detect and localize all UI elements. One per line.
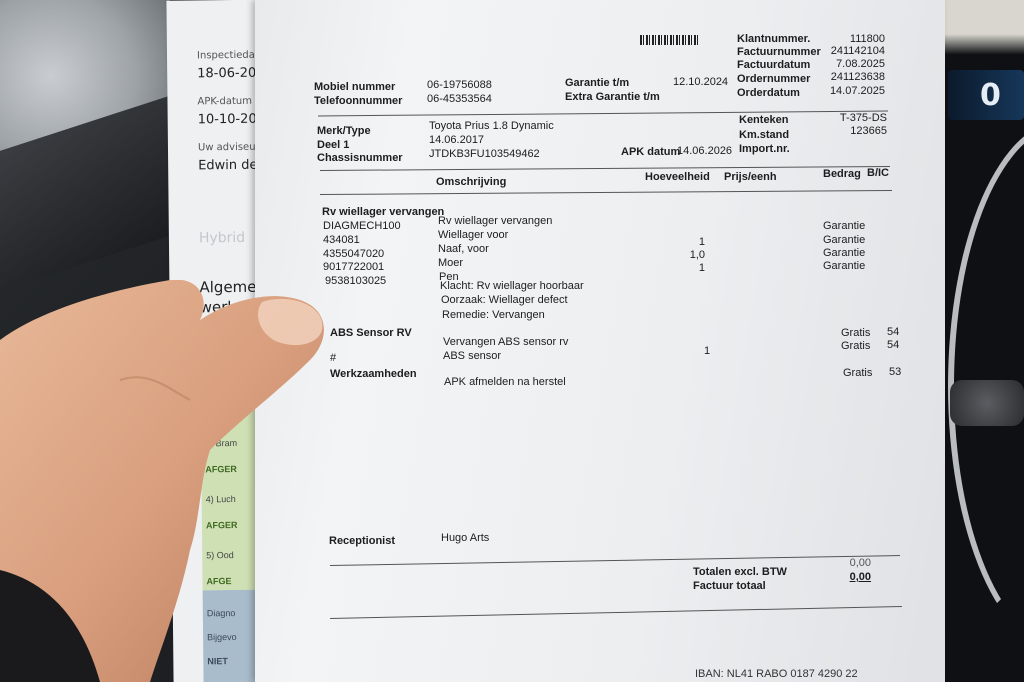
- steering-wheel-buttons: [950, 380, 1024, 426]
- order-date-label: Orderdatum: [737, 87, 800, 99]
- mileage-label: Km.stand: [739, 129, 789, 141]
- warranty-label: Garantie t/m: [565, 77, 629, 89]
- invoice-number-value: 241142104: [815, 45, 885, 57]
- total-excl-vat-value: 0,00: [825, 557, 871, 569]
- faded-hybrid-label: Hybrid: [199, 230, 245, 246]
- apk-date-label: APK datum: [621, 146, 680, 158]
- invoice-total-label: Factuur totaal: [693, 580, 766, 592]
- receptionist-value: Hugo Arts: [441, 532, 489, 544]
- invoice-total-value: 0,00: [825, 571, 871, 583]
- line-amount: Garantie: [823, 220, 865, 232]
- line-description: Rv wiellager vervangen: [438, 215, 552, 227]
- chassis-number-value: JTDKB3FU103549462: [429, 148, 540, 160]
- dashboard-display-digit: 0: [980, 78, 1001, 113]
- receptionist-label: Receptionist: [329, 535, 395, 547]
- phone-number-label: Telefoonnummer: [314, 95, 402, 107]
- line-amount: Gratis: [841, 327, 870, 339]
- section-title: Rv wiellager vervangen: [322, 206, 444, 218]
- header-divider: [318, 111, 888, 117]
- warranty-value: 12.10.2024: [673, 76, 728, 88]
- line-code: 9538103025: [325, 275, 386, 287]
- mileage-value: 123665: [815, 125, 887, 137]
- invoice-sheet: Klantnummer. 111800 Factuurnummer 241142…: [255, 0, 945, 682]
- line-code: 9017722001: [323, 261, 384, 273]
- receptionist-divider: [330, 555, 900, 566]
- line-description: Wiellager voor: [438, 229, 508, 241]
- line-code: DIAGMECH100: [323, 220, 401, 232]
- line-description: APK afmelden na herstel: [444, 376, 566, 388]
- make-type-value: Toyota Prius 1.8 Dynamic: [429, 120, 554, 132]
- customer-number-label: Klantnummer.: [737, 33, 810, 45]
- line-amount: Garantie: [823, 247, 865, 259]
- bank-details: IBAN: NL41 RABO 0187 4290 22: [695, 668, 858, 680]
- line-code: 4355047020: [323, 248, 384, 260]
- line-quantity: 1,0: [675, 249, 705, 261]
- line-description: Moer: [438, 257, 463, 269]
- line-quantity: 1: [704, 345, 710, 357]
- column-unit-price: Prijs/eenh: [724, 171, 777, 183]
- line-quantity: 1: [675, 236, 705, 248]
- line-amount: Gratis: [841, 340, 870, 352]
- invoice-date-value: 7.08.2025: [815, 58, 885, 70]
- column-description: Omschrijving: [436, 176, 506, 188]
- license-plate-value: T-375-DS: [815, 112, 887, 124]
- hand: [0, 280, 330, 682]
- columns-divider: [320, 190, 892, 195]
- line-amount: Garantie: [823, 234, 865, 246]
- section-title: ABS Sensor RV: [330, 327, 412, 339]
- order-number-label: Ordernummer: [737, 73, 810, 85]
- phone-number-value: 06-45353564: [427, 93, 492, 105]
- line-amount: Gratis: [843, 367, 872, 379]
- cause-note: Oorzaak: Wiellager defect: [441, 294, 568, 306]
- line-bc: 53: [889, 366, 901, 378]
- part-1-label: Deel 1: [317, 139, 349, 151]
- totals-divider: [330, 606, 902, 619]
- complaint-note: Klacht: Rv wiellager hoorbaar: [440, 280, 584, 292]
- part-1-value: 14.06.2017: [429, 134, 484, 146]
- barcode: [640, 35, 700, 45]
- inspection-date-value: 18-06-20: [197, 66, 256, 82]
- line-quantity: 1: [675, 262, 705, 274]
- total-excl-vat-label: Totalen excl. BTW: [693, 566, 787, 578]
- customer-number-value: 111800: [815, 33, 885, 45]
- inspection-date-label: Inspectieda: [197, 50, 255, 62]
- mobile-number-label: Mobiel nummer: [314, 81, 395, 93]
- line-description: Vervangen ABS sensor rv: [443, 336, 568, 348]
- order-number-value: 241123638: [815, 71, 885, 83]
- make-type-label: Merk/Type: [317, 125, 371, 137]
- order-date-value: 14.07.2025: [815, 85, 885, 97]
- column-quantity: Hoeveelheid: [645, 171, 710, 183]
- advisor-value: Edwin de: [198, 158, 257, 174]
- remedy-note: Remedie: Vervangen: [442, 309, 545, 321]
- mobile-number-value: 06-19756088: [427, 79, 492, 91]
- invoice-number-label: Factuurnummer: [737, 46, 821, 58]
- import-number-label: Import.nr.: [739, 143, 790, 155]
- line-code: 434081: [323, 234, 360, 246]
- line-code: #: [330, 352, 336, 364]
- line-description: ABS sensor: [443, 350, 501, 362]
- apk-date-label: APK-datum: [197, 96, 252, 108]
- line-bc: 54: [887, 326, 899, 338]
- line-bc: 54: [887, 339, 899, 351]
- line-description: Naaf, voor: [438, 243, 489, 255]
- apk-date-value: 14.06.2026: [677, 145, 732, 157]
- line-amount: Garantie: [823, 260, 865, 272]
- section-title: Werkzaamheden: [330, 368, 417, 380]
- extra-warranty-label: Extra Garantie t/m: [565, 91, 660, 103]
- chassis-number-label: Chassisnummer: [317, 152, 403, 164]
- column-amount: Bedrag: [823, 168, 861, 180]
- advisor-label: Uw adviseu: [198, 142, 256, 154]
- vehicle-divider: [320, 166, 890, 171]
- column-bc: B/IC: [867, 167, 889, 179]
- license-plate-label: Kenteken: [739, 114, 789, 126]
- invoice-date-label: Factuurdatum: [737, 59, 810, 71]
- apk-date-value: 10-10-20: [198, 112, 257, 128]
